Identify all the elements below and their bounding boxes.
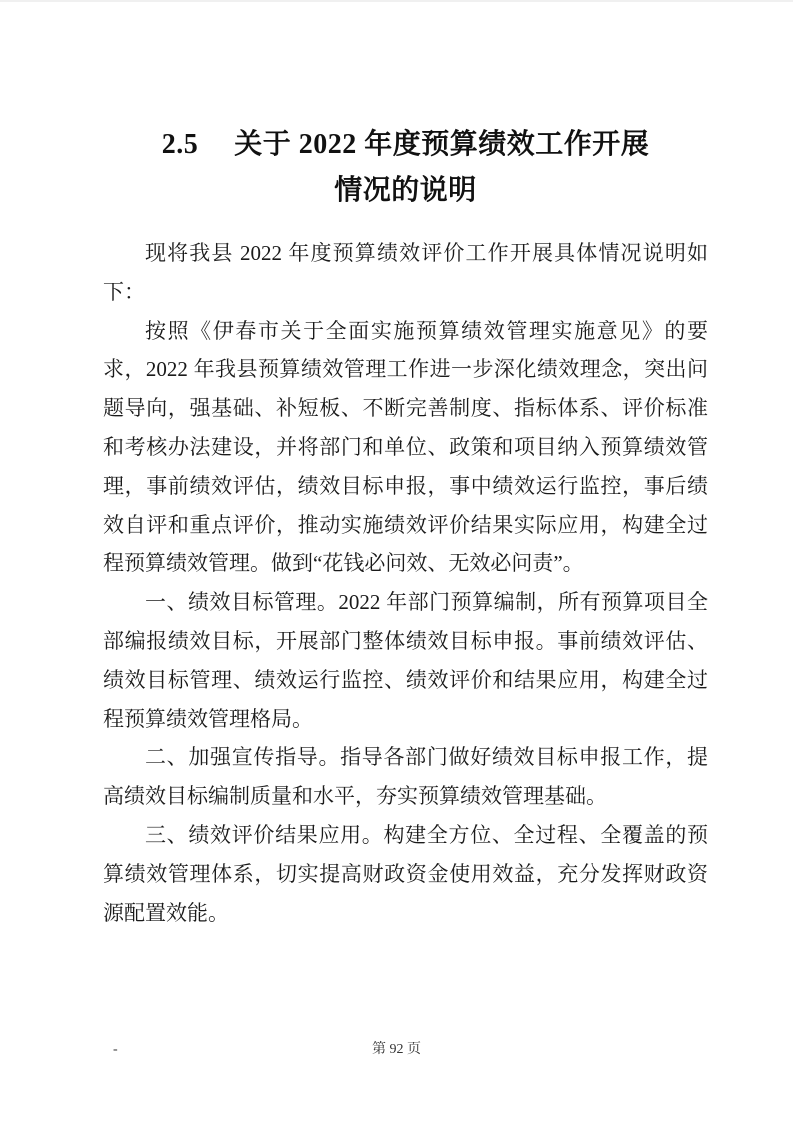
paragraph: 三、绩效评价结果应用。构建全方位、全过程、全覆盖的预算绩效管理体系，切实提高财政… (103, 816, 708, 932)
paragraph: 二、加强宣传指导。指导各部门做好绩效目标申报工作，提高绩效目标编制质量和水平，夯… (103, 738, 708, 816)
paragraph: 一、绩效目标管理。2022 年部门预算编制，所有预算项目全部编报绩效目标，开展部… (103, 583, 708, 738)
title-text: 关于 2022 年度预算绩效工作开展 (234, 129, 649, 160)
document-title: 2.5关于 2022 年度预算绩效工作开展 情况的说明 (103, 122, 708, 214)
page-top-edge-line (0, 0, 793, 2)
section-number: 2.5 (162, 129, 199, 160)
title-line-1: 2.5关于 2022 年度预算绩效工作开展 (103, 122, 708, 168)
title-line-2: 情况的说明 (103, 168, 708, 214)
paragraph: 现将我县 2022 年度预算绩效评价工作开展具体情况说明如下： (103, 234, 708, 312)
document-page: 2.5关于 2022 年度预算绩效工作开展 情况的说明 现将我县 2022 年度… (0, 0, 793, 1122)
page-number: 第 92 页 (0, 1040, 793, 1060)
document-body: 现将我县 2022 年度预算绩效评价工作开展具体情况说明如下： 按照《伊春市关于… (103, 234, 708, 932)
paragraph: 按照《伊春市关于全面实施预算绩效管理实施意见》的要求，2022 年我县预算绩效管… (103, 312, 708, 584)
